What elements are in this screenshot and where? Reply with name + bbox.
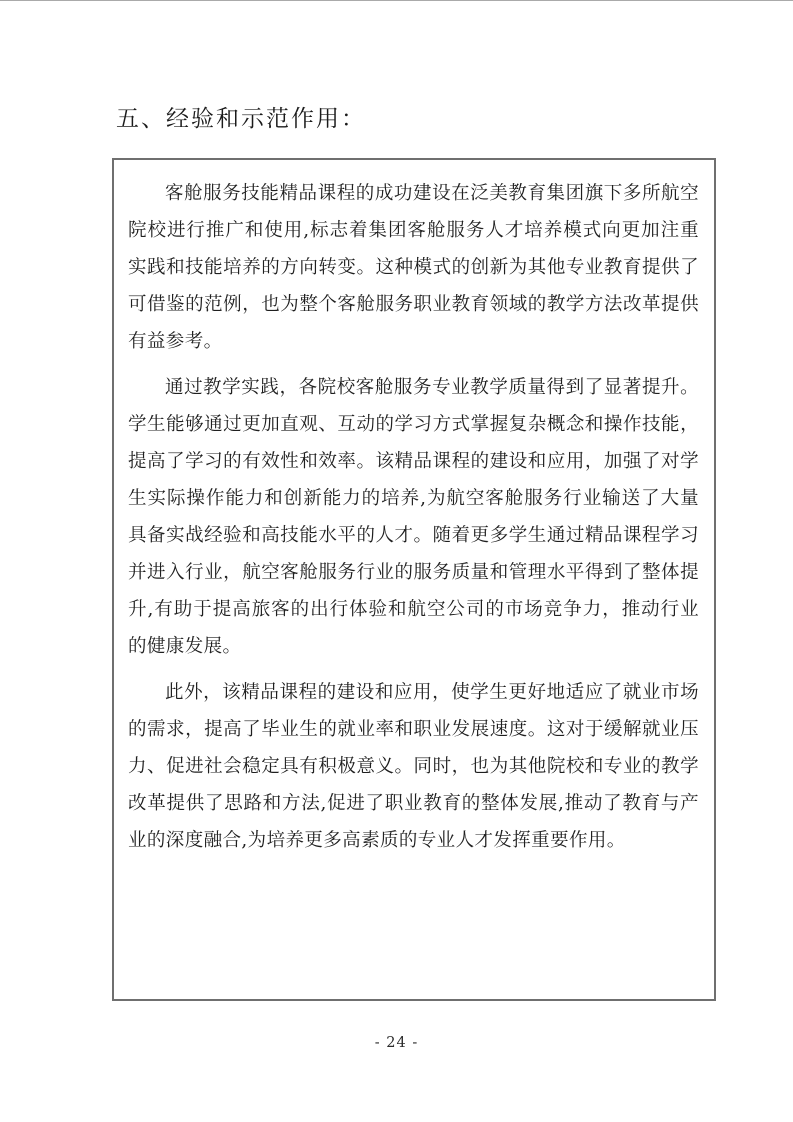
document-page: 五、经验和示范作用： 客舱服务技能精品课程的成功建设在泛美教育集团旗下多所航空院… [0, 0, 793, 1122]
page-top-edge [0, 0, 793, 1]
page-number: - 24 - [0, 1035, 793, 1051]
paragraph-3: 此外，该精品课程的建设和应用，使学生更好地适应了就业市场的需求，提高了毕业生的就… [128, 674, 699, 859]
paragraph-2: 通过教学实践，各院校客舱服务专业教学质量得到了显著提升。学生能够通过更加直观、互… [128, 369, 699, 665]
content-box: 客舱服务技能精品课程的成功建设在泛美教育集团旗下多所航空院校进行推广和使用,标志… [112, 158, 716, 1001]
section-heading: 五、经验和示范作用： [116, 100, 366, 133]
paragraph-1: 客舱服务技能精品课程的成功建设在泛美教育集团旗下多所航空院校进行推广和使用,标志… [128, 175, 699, 360]
